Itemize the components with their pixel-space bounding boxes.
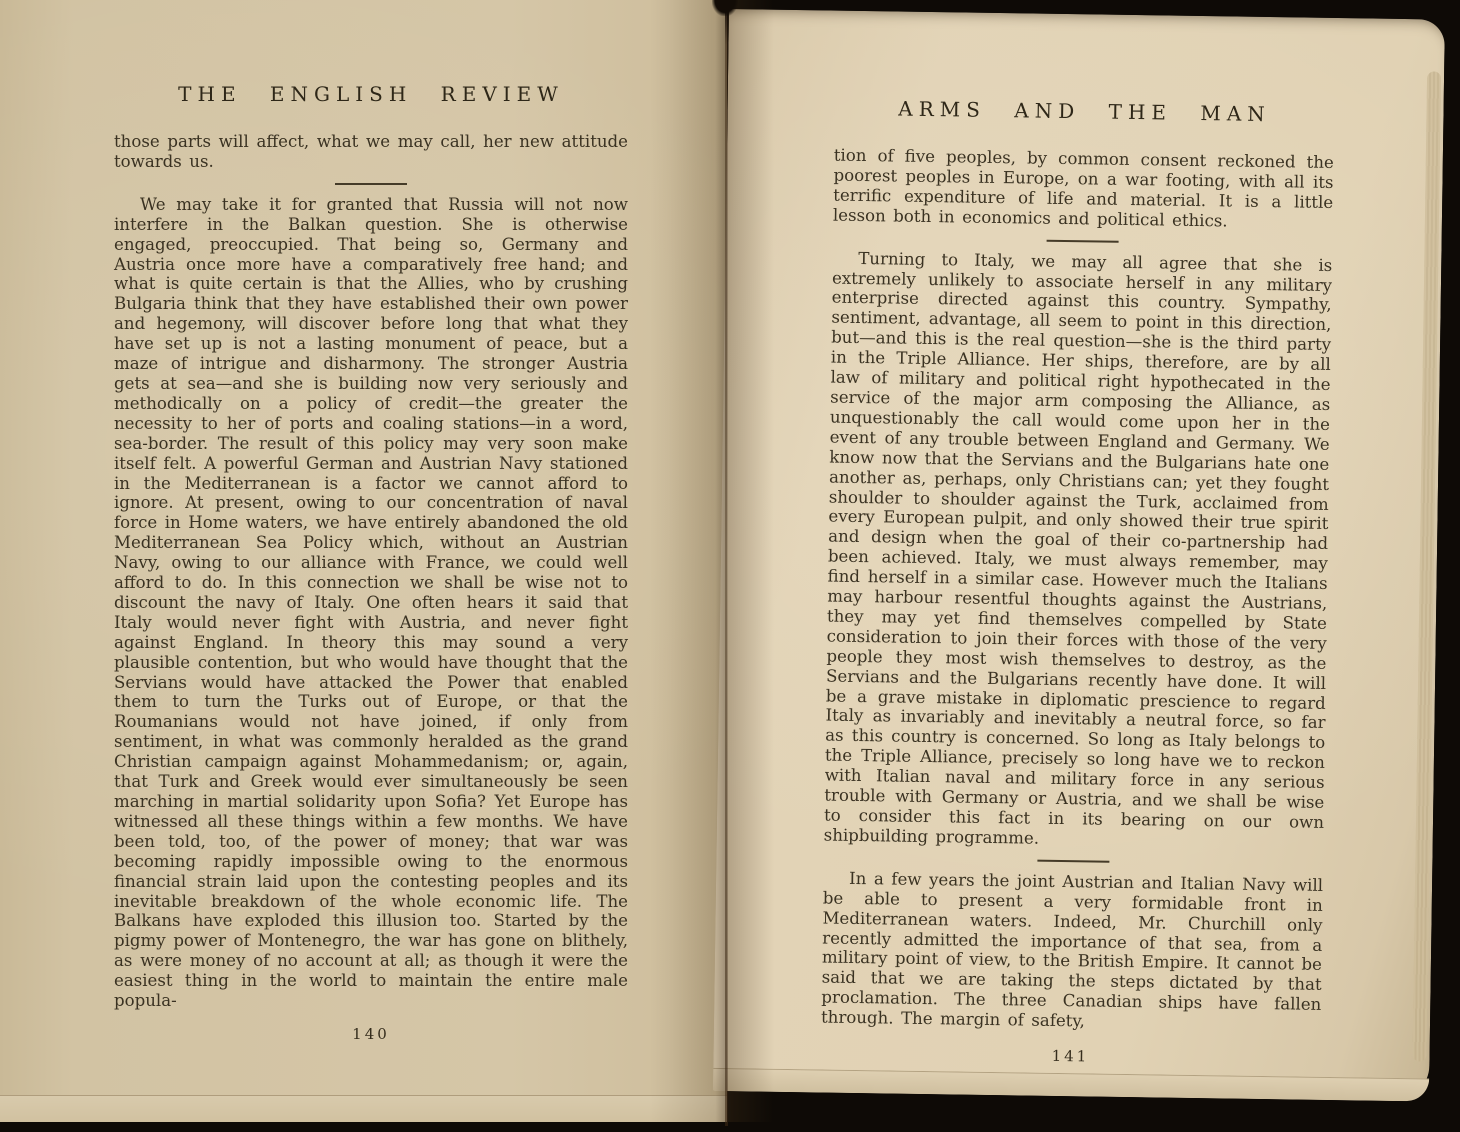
left-page-bottom-edge [0, 1095, 727, 1122]
right-page-text-column: ARMS AND THE MAN tion of five peoples, b… [820, 96, 1334, 1069]
book-photo: THE ENGLISH REVIEW those parts will affe… [0, 0, 1460, 1132]
right-running-head: ARMS AND THE MAN [834, 96, 1334, 127]
left-page: THE ENGLISH REVIEW those parts will affe… [0, 0, 727, 1122]
left-paragraph-continuation: those parts will affect, what we may cal… [114, 132, 628, 172]
section-divider [335, 183, 407, 185]
section-divider [1037, 859, 1109, 862]
right-page-fore-edge [1412, 71, 1441, 1061]
left-page-number: 140 [114, 1025, 628, 1043]
left-page-text-column: THE ENGLISH REVIEW those parts will affe… [114, 82, 628, 1043]
right-paragraph-continuation: tion of five peoples, by common consent … [833, 146, 1334, 233]
right-paragraph-italy: Turning to Italy, we may all agree that … [824, 248, 1333, 853]
right-page-number: 141 [820, 1044, 1320, 1069]
right-page: ARMS AND THE MAN tion of five peoples, b… [713, 9, 1445, 1102]
right-page-bottom-edge [713, 1068, 1429, 1102]
left-running-head: THE ENGLISH REVIEW [114, 82, 628, 106]
right-paragraph-navy: In a few years the joint Austrian and It… [821, 868, 1323, 1035]
section-divider [1047, 239, 1119, 242]
left-paragraph-main: We may take it for granted that Russia w… [114, 195, 628, 1011]
